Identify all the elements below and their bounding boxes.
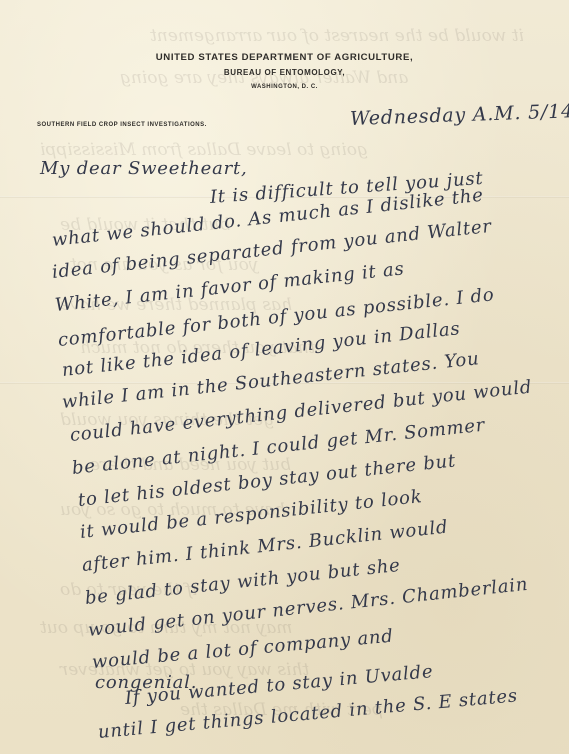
bleed-through-text: going to leave Dallas from Mississippi bbox=[40, 140, 368, 160]
letter-salutation: My dear Sweetheart, bbox=[40, 158, 248, 179]
letterhead-bureau: BUREAU OF ENTOMOLOGY, bbox=[0, 68, 569, 77]
letterhead-location: WASHINGTON, D. C. bbox=[0, 84, 569, 90]
letterhead-department: UNITED STATES DEPARTMENT OF AGRICULTURE, bbox=[0, 52, 569, 63]
letter-dateline: Wednesday A.M. 5/14- bbox=[350, 100, 569, 130]
letter-page: it would be the nearest of our arrangeme… bbox=[0, 0, 569, 754]
letterhead-division: SOUTHERN FIELD CROP INSECT INVESTIGATION… bbox=[37, 122, 207, 128]
bleed-through-text: it would be the nearest of our arrangeme… bbox=[150, 26, 524, 46]
